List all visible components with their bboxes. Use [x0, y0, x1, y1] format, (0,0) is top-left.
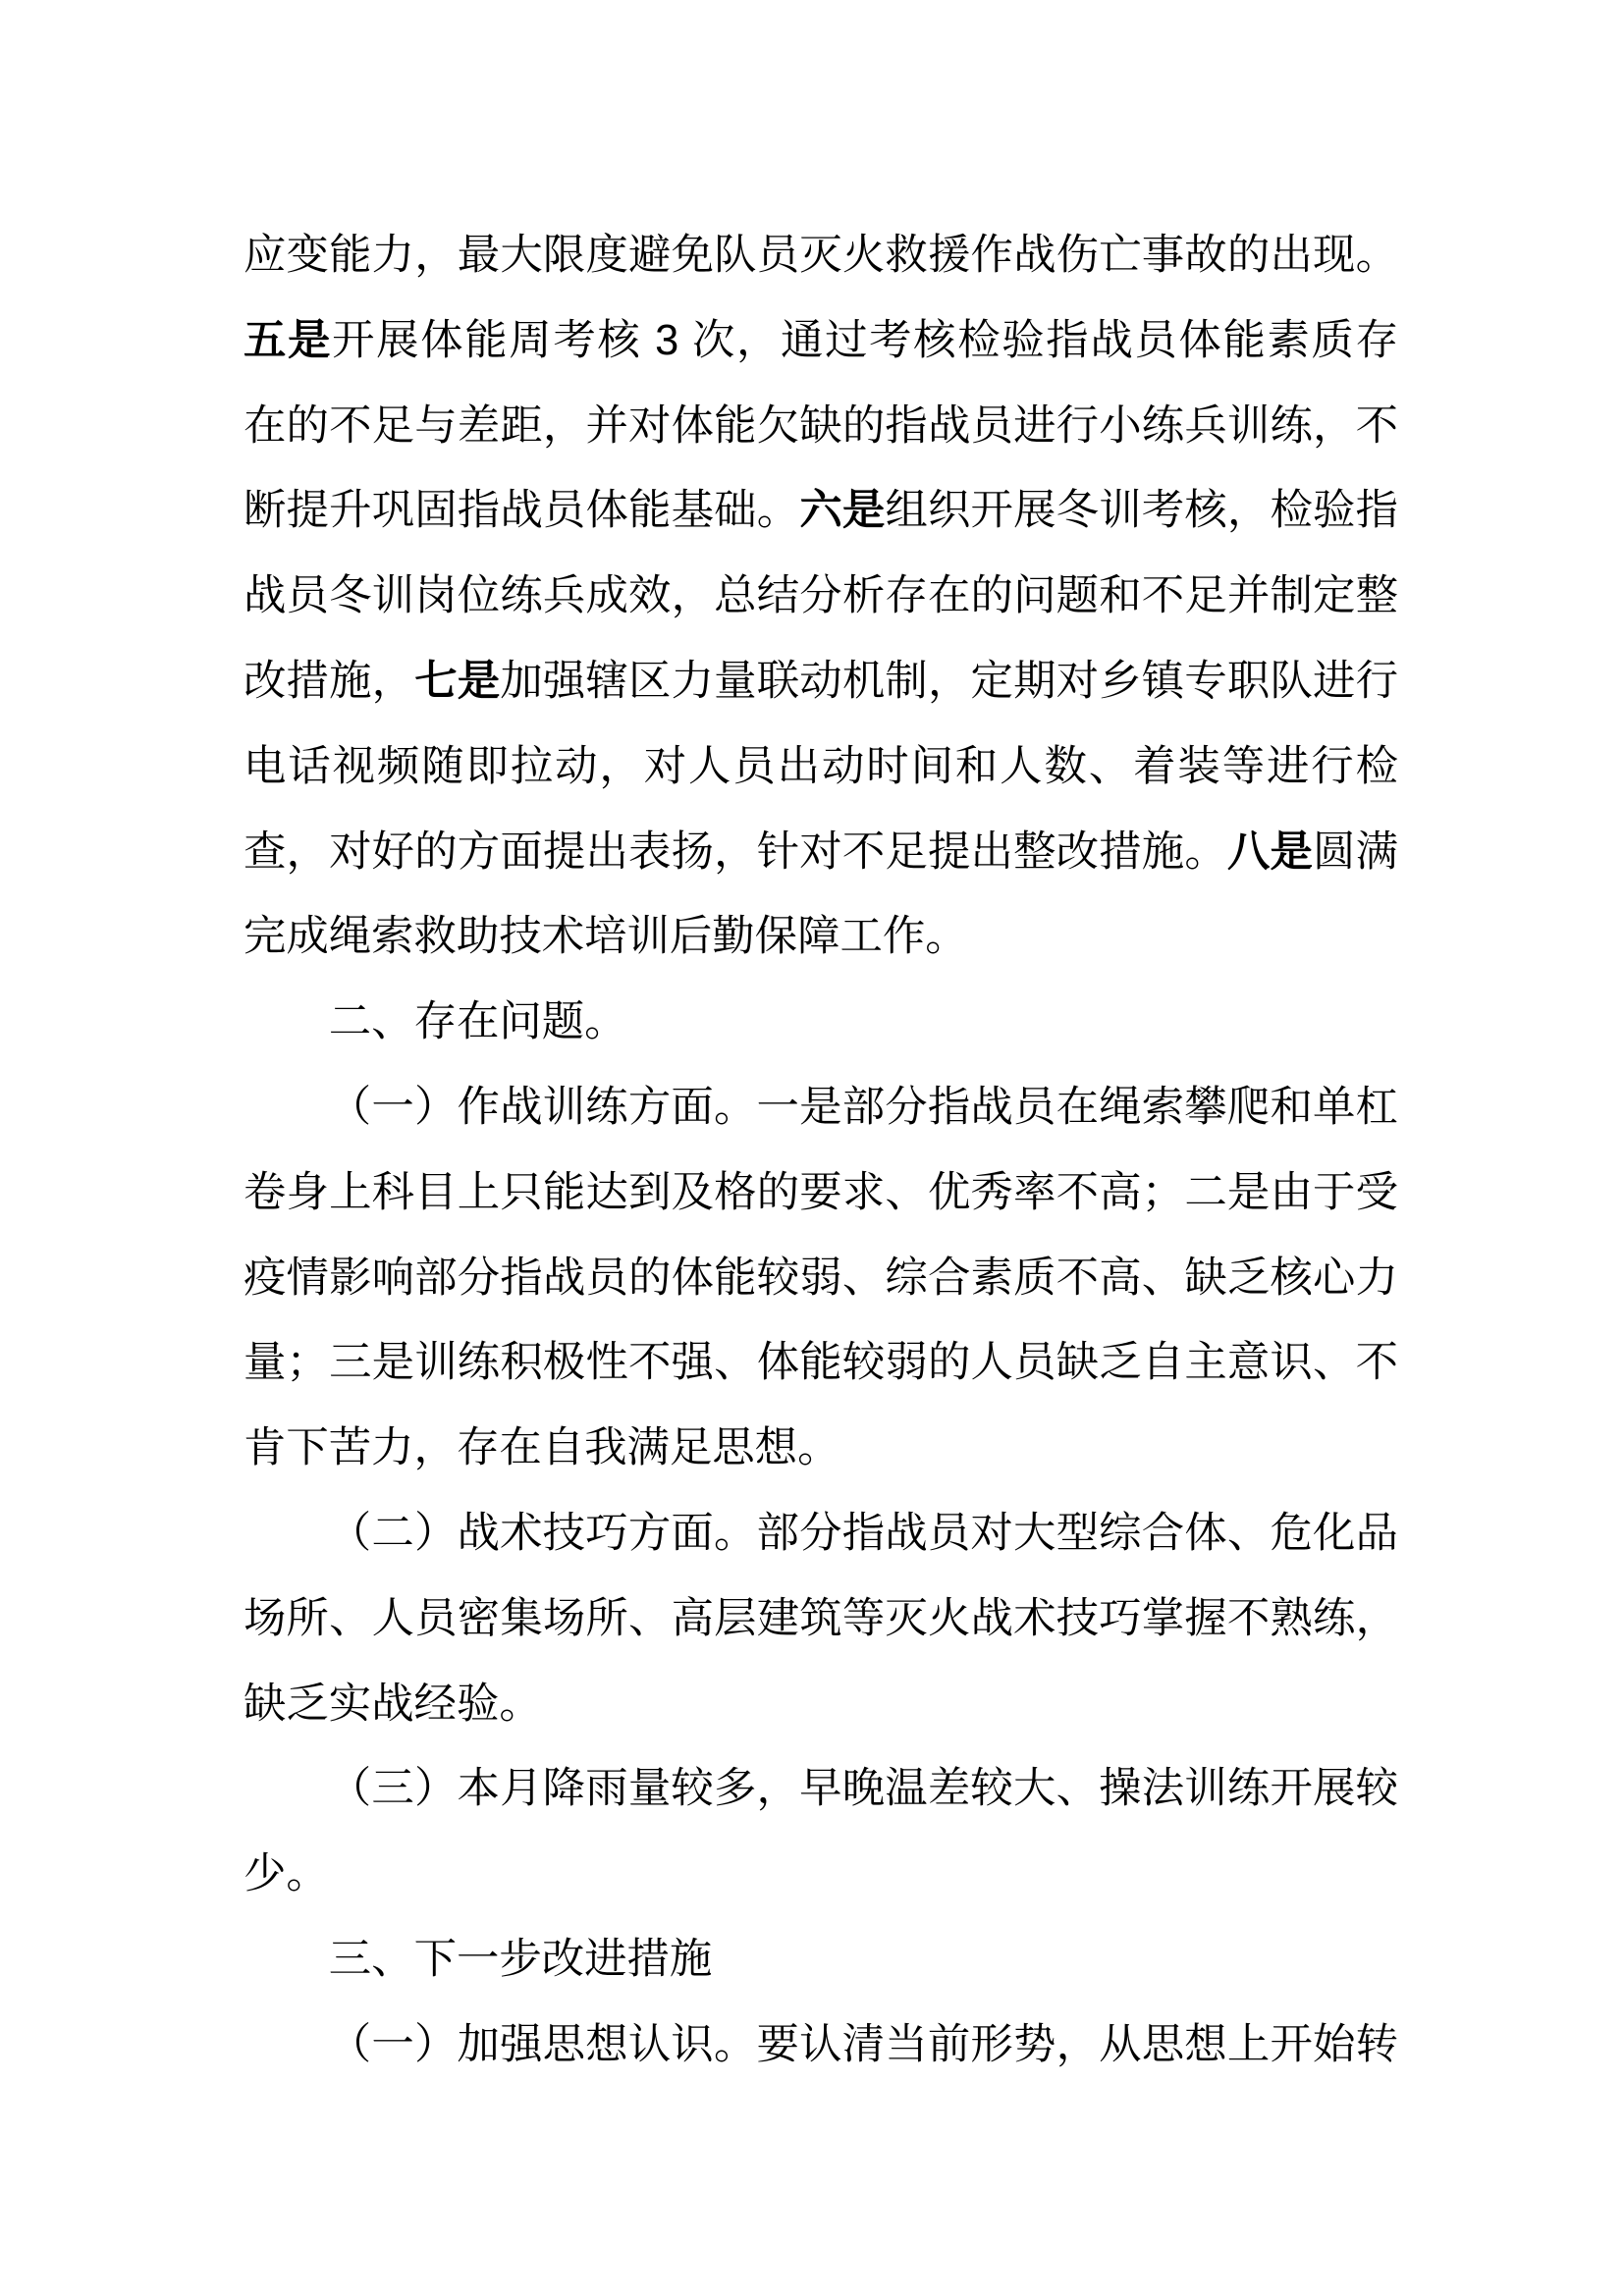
para-work-summary-continuation: 应变能力，最大限度避免队员灭火救援作战伤亡事故的出现。五是开展体能周考核 3 次… [244, 213, 1398, 980]
bold-text-run: 六是 [799, 487, 885, 534]
para-problem-2-tactics: （二）战术技巧方面。部分指战员对大型综合体、危化品场所、人员密集场所、高层建筑等… [244, 1491, 1398, 1746]
text-run: （一）作战训练方面。一是部分指战员在绳索攀爬和单杠卷身上科目上只能达到及格的要求… [244, 1084, 1398, 1471]
para-problem-1-combat-training: （一）作战训练方面。一是部分指战员在绳索攀爬和单杠卷身上科目上只能达到及格的要求… [244, 1065, 1398, 1491]
text-run: （一）加强思想认识。要认清当前形势，从思想上开始转 [329, 2021, 1398, 2068]
text-run: （三）本月降雨量较多，早晚温差较大、操法训练开展较少。 [244, 1765, 1398, 1897]
text-run: （二）战术技巧方面。部分指战员对大型综合体、危化品场所、人员密集场所、高层建筑等… [244, 1510, 1398, 1728]
document-body: 应变能力，最大限度避免队员灭火救援作战伤亡事故的出现。五是开展体能周考核 3 次… [244, 213, 1398, 2088]
text-run: 三、下一步改进措施 [329, 1936, 713, 1983]
text-run: 应变能力，最大限度避免队员灭火救援作战伤亡事故的出现。 [244, 232, 1398, 279]
bold-text-run: 七是 [414, 658, 500, 705]
bold-text-run: 五是 [244, 317, 332, 364]
document-page: 应变能力，最大限度避免队员灭火救援作战伤亡事故的出现。五是开展体能周考核 3 次… [0, 0, 1624, 2296]
para-heading-problems: 二、存在问题。 [244, 980, 1398, 1065]
para-heading-next-steps: 三、下一步改进措施 [244, 1917, 1398, 2002]
bold-text-run: 八是 [1227, 828, 1313, 876]
text-run: 二、存在问题。 [329, 998, 627, 1045]
para-improvement-1-ideology: （一）加强思想认识。要认清当前形势，从思想上开始转 [244, 2002, 1398, 2088]
para-problem-3-weather: （三）本月降雨量较多，早晚温差较大、操法训练开展较少。 [244, 1746, 1398, 1917]
